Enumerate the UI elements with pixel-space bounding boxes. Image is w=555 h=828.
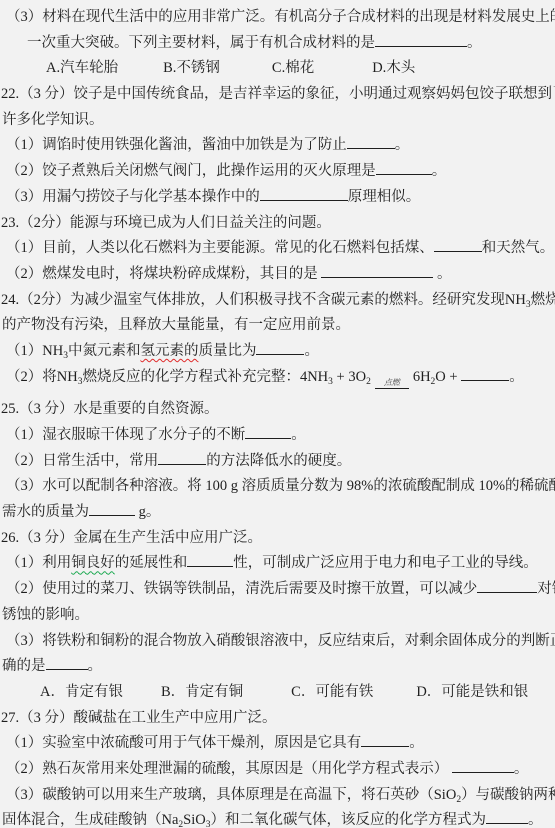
text-run: （3）水可以配制各种溶液。将 100 g 溶质质量分数为 98%的浓硫酸配制成 … xyxy=(6,478,555,494)
text-run: 中氮元素和 xyxy=(68,343,141,359)
text-run: 的方法降低水的硬度。 xyxy=(206,453,351,469)
text-run: 。 xyxy=(433,266,451,282)
chemical-subscript: 2 xyxy=(366,377,371,387)
reaction-arrow-line xyxy=(375,388,409,389)
text-run: （2）熟石灰常用来处理泄漏的硫酸，其原因是（用化学方程式表示） xyxy=(6,761,452,777)
text-run: 。 xyxy=(291,427,306,443)
answer-blank xyxy=(187,554,233,567)
exam-line: （2）将NH3燃烧反应的化学方程式补充完整：4NH3 + 3O2点燃6H2O +… xyxy=(0,365,555,391)
exam-line: （2）饺子煮熟后关闭燃气阀门，此操作运用的灭火原理是。 xyxy=(0,159,555,185)
text-run: 一次重大突破。下列主要材料，属于有机合成材料的是 xyxy=(27,35,375,51)
text-run: 燃烧 xyxy=(531,292,555,308)
answer-blank xyxy=(245,426,291,439)
text-run: 24.（2分）为减少温室气体排放，人们积极寻找不含碳元素的燃料。经研究发现NH xyxy=(1,292,526,308)
text-run: 的延展性和 xyxy=(115,555,188,571)
exam-line: 23.（2分）能源与环境已成为人们日益关注的问题。 xyxy=(0,211,555,237)
text-run: 和天然气。 xyxy=(482,240,555,256)
text-run: （1）NH xyxy=(6,343,63,359)
text-run: 锈蚀的影响。 xyxy=(2,607,89,623)
spacer xyxy=(0,695,40,696)
text-run: 需水的质量为 xyxy=(2,504,89,520)
exam-line: （2）熟石灰常用来处理泄漏的硫酸，其原因是（用化学方程式表示） 。 xyxy=(0,757,555,783)
answer-blank xyxy=(46,657,88,670)
text-run: 23.（2分）能源与环境已成为人们日益关注的问题。 xyxy=(1,215,331,231)
text-run: 许多化学知识。 xyxy=(2,112,104,128)
text-run: 。 xyxy=(304,343,319,359)
text-run: 。 xyxy=(409,735,424,751)
reaction-condition-label: 点燃 xyxy=(384,379,400,388)
spacer xyxy=(314,71,372,72)
text-run: 。 xyxy=(509,369,524,385)
text-run: 的产物没有污染，且释放大量能量，有一定应用前景。 xyxy=(2,317,350,333)
text-run: （1）目前，人类以化石燃料为主要能源。常见的化石燃料包括煤、 xyxy=(6,240,434,256)
text-run: ）和二氧化碳气体，该反应的化学方程式为 xyxy=(210,812,486,828)
text-run: 22.（3 分）饺子是中国传统食品，是吉祥幸运的象征，小明通过观察妈妈包饺子联想… xyxy=(1,86,555,102)
answer-blank xyxy=(260,188,348,201)
answer-blank xyxy=(461,368,509,381)
text-run: 确的是 xyxy=(2,658,46,674)
text-run: 原理相似。 xyxy=(348,189,421,205)
text-run: A.汽车轮胎 xyxy=(46,60,118,76)
spellcheck-red-wavy-text: 氢元素的 xyxy=(140,343,198,359)
answer-blank xyxy=(256,342,304,355)
answer-blank xyxy=(375,34,467,47)
text-run: 。 xyxy=(432,163,447,179)
text-run: 6H xyxy=(413,369,431,385)
text-run: B．肯定有铜 xyxy=(161,684,243,700)
text-run: （3）将铁粉和铜粉的混合物放入硝酸银溶液中，反应结束后，对剩余固体成分的判断正 xyxy=(6,633,555,649)
exam-line: （1）调馅时使用铁强化酱油，酱油中加铁是为了防止。 xyxy=(0,133,555,159)
text-run: ）与碳酸钠两种 xyxy=(461,787,555,803)
text-run: 26.（3 分）金属在生产生活中应用广泛。 xyxy=(1,530,262,546)
exam-line: 22.（3 分）饺子是中国传统食品，是吉祥幸运的象征，小明通过观察妈妈包饺子联想… xyxy=(0,82,555,108)
text-run: （1）利用 xyxy=(6,555,71,571)
exam-line: 一次重大突破。下列主要材料，属于有机合成材料的是。 xyxy=(0,31,555,57)
text-run: O + xyxy=(435,369,461,385)
exam-line: （1）利用铜良好的延展性和性，可制成广泛应用于电力和电子工业的导线。 xyxy=(0,551,555,577)
text-run: 。 xyxy=(395,137,410,153)
exam-line: （3）用漏勺捞饺子与化学基本操作中的原理相似。 xyxy=(0,185,555,211)
text-run: （3）碳酸钠可以用来生产玻璃，具体原理是在高温下，将石英砂（SiO xyxy=(6,787,456,803)
answer-blank xyxy=(321,265,433,278)
exam-line: 锈蚀的影响。 xyxy=(0,603,555,629)
text-run: （2）将NH xyxy=(6,369,78,385)
text-run: 。 xyxy=(528,812,543,828)
exam-line: （2）燃煤发电时，将煤块粉碎成煤粉，其目的是 。 xyxy=(0,262,555,288)
text-run: （1）湿衣服晾干体现了水分子的不断 xyxy=(6,427,245,443)
exam-line: （1）目前，人类以化石燃料为主要能源。常见的化石燃料包括煤、和天然气。 xyxy=(0,236,555,262)
text-run: （1）实验室中浓硫酸可用于气体干燥剂，原因是它具有 xyxy=(6,735,361,751)
spacer xyxy=(373,695,416,696)
text-run: 燃烧反应的化学方程式补充完整：4NH xyxy=(82,369,328,385)
text-run: 固体混合，生成硅酸钠（Na xyxy=(2,812,178,828)
exam-line: （3）碳酸钠可以用来生产玻璃，具体原理是在高温下，将石英砂（SiO2）与碳酸钠两… xyxy=(0,783,555,809)
text-run: 对铁 xyxy=(537,581,555,597)
text-run: （2）饺子煮熟后关闭燃气阀门，此操作运用的灭火原理是 xyxy=(6,163,376,179)
exam-line: （1）湿衣服晾干体现了水分子的不断。 xyxy=(0,423,555,449)
exam-line: 需水的质量为 g。 xyxy=(0,500,555,526)
text-run: （2）使用过的菜刀、铁锅等铁制品，清洗后需要及时擦干放置，可以减少 xyxy=(6,581,477,597)
text-run: SiO xyxy=(183,812,206,828)
spacer xyxy=(118,71,163,72)
text-run: （1）调馅时使用铁强化酱油，酱油中加铁是为了防止 xyxy=(6,137,347,153)
text-run: 性，可制成广泛应用于电力和电子工业的导线。 xyxy=(233,555,538,571)
text-run: B.不锈钢 xyxy=(163,60,220,76)
text-run: （2）燃煤发电时，将煤块粉碎成煤粉，其目的是 xyxy=(6,266,321,282)
exam-line: A.汽车轮胎B.不锈钢C.棉花D.木头 xyxy=(0,56,555,82)
exam-line: （2）日常生活中，常用的方法降低水的硬度。 xyxy=(0,449,555,475)
answer-blank xyxy=(89,503,135,516)
text-run: 质量比为 xyxy=(198,343,256,359)
answer-blank xyxy=(434,239,482,252)
exam-line: 26.（3 分）金属在生产生活中应用广泛。 xyxy=(0,526,555,552)
answer-blank xyxy=(486,811,528,824)
exam-line: 许多化学知识。 xyxy=(0,108,555,134)
exam-line: 25.（3 分）水是重要的自然资源。 xyxy=(0,397,555,423)
text-run: 27.（3 分）酸碱盐在工业生产中应用广泛。 xyxy=(1,710,277,726)
text-run: A．肯定有银 xyxy=(40,684,123,700)
text-run: D.木头 xyxy=(372,60,415,76)
spacer xyxy=(220,71,272,72)
answer-blank xyxy=(376,162,432,175)
exam-line: （1）NH3中氮元素和氢元素的质量比为。 xyxy=(0,339,555,365)
exam-line: （3）将铁粉和铜粉的混合物放入硝酸银溶液中，反应结束后，对剩余固体成分的判断正 xyxy=(0,629,555,655)
reaction-condition-arrow: 点燃 xyxy=(375,379,409,389)
answer-blank xyxy=(347,136,395,149)
exam-line: （3）水可以配制各种溶液。将 100 g 溶质质量分数为 98%的浓硫酸配制成 … xyxy=(0,474,555,500)
text-run: 。 xyxy=(88,658,103,674)
spellcheck-green-wavy-text: 铜良好 xyxy=(71,555,115,571)
text-run: C.棉花 xyxy=(272,60,314,76)
exam-document: （3）材料在现代生活中的应用非常广泛。有机高分子合成材料的出现是材料发展史上的一… xyxy=(0,0,555,828)
answer-blank xyxy=(361,734,409,747)
text-run: D．可能是铁和银 xyxy=(416,684,528,700)
spacer xyxy=(123,695,161,696)
exam-line: （1）实验室中浓硫酸可用于气体干燥剂，原因是它具有。 xyxy=(0,731,555,757)
text-run: （2）日常生活中，常用 xyxy=(6,453,158,469)
text-run: + 3O xyxy=(333,369,366,385)
answer-blank xyxy=(158,452,206,465)
exam-line: 27.（3 分）酸碱盐在工业生产中应用广泛。 xyxy=(0,706,555,732)
text-run: 。 xyxy=(514,761,529,777)
exam-line: （2）使用过的菜刀、铁锅等铁制品，清洗后需要及时擦干放置，可以减少对铁 xyxy=(0,577,555,603)
answer-blank xyxy=(452,760,514,773)
text-run: C．可能有铁 xyxy=(291,684,373,700)
exam-line: （3）材料在现代生活中的应用非常广泛。有机高分子合成材料的出现是材料发展史上的 xyxy=(0,5,555,31)
text-run: 。 xyxy=(467,35,482,51)
exam-line: A．肯定有银B．肯定有铜C．可能有铁D．可能是铁和银 xyxy=(0,680,555,706)
exam-line: 固体混合，生成硅酸钠（Na2SiO3）和二氧化碳气体，该反应的化学方程式为。 xyxy=(0,808,555,828)
spacer xyxy=(243,695,291,696)
text-run: （3）用漏勺捞饺子与化学基本操作中的 xyxy=(6,189,260,205)
exam-line: 24.（2分）为减少温室气体排放，人们积极寻找不含碳元素的燃料。经研究发现NH3… xyxy=(0,288,555,314)
spacer xyxy=(0,71,46,72)
answer-blank xyxy=(477,580,537,593)
text-run: （3）材料在现代生活中的应用非常广泛。有机高分子合成材料的出现是材料发展史上的 xyxy=(6,9,555,25)
exam-line: 的产物没有污染，且释放大量能量，有一定应用前景。 xyxy=(0,313,555,339)
exam-line: 确的是。 xyxy=(0,654,555,680)
text-run: 25.（3 分）水是重要的自然资源。 xyxy=(1,401,219,417)
text-run: g。 xyxy=(135,504,160,520)
